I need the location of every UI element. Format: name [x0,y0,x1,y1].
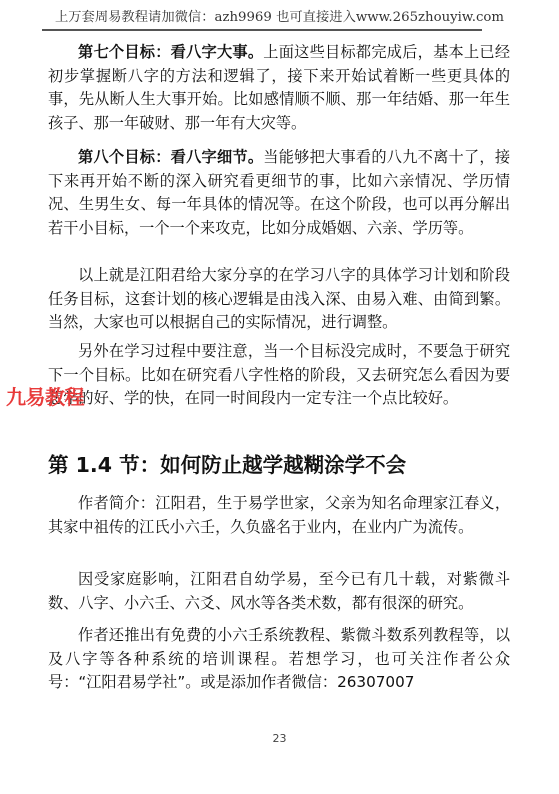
goal-8-title: 第八个目标：看八字细节。 [78,148,263,166]
paragraph-author-courses: 作者还推出有免费的小六壬系统教程、紫微斗数系列教程等，以及八字等各种系统的培训课… [48,624,510,695]
paragraph-author-intro: 作者简介：江阳君，生于易学世家，父亲为知名命理家江春义，其家中祖传的江氏小六壬，… [48,492,510,539]
paragraph-goal-8: 第八个目标：看八字细节。当能够把大事看的八九不离十了，接下来再开始不断的深入研究… [48,146,510,240]
author-background-body: 因受家庭影响，江阳君自幼学易，至今已有几十载，对紫微斗数、八字、小六壬、六爻、风… [48,570,510,612]
paragraph-author-background: 因受家庭影响，江阳君自幼学易，至今已有几十载，对紫微斗数、八字、小六壬、六爻、风… [48,568,510,615]
paragraph-summary: 以上就是江阳君给大家分享的在学习八字的具体学习计划和阶段任务目标，这套计划的核心… [48,264,510,335]
author-courses-body: 作者还推出有免费的小六壬系统教程、紫微斗数系列教程等，以及八字等各种系统的培训课… [48,626,510,691]
section-heading: 第 1.4 节：如何防止越学越糊涂学不会 [48,448,406,478]
goal-7-title: 第七个目标：看八字大事。 [78,43,263,61]
page-header: 上万套周易教程请加微信：azh9969 也可直接进入www.265zhouyiw… [0,6,559,25]
page-number: 23 [0,732,559,745]
paragraph-note: 另外在学习过程中要注意，当一个目标没完成时，不要急于研究下一个目标。比如在研究看… [48,340,510,411]
header-divider [42,29,482,31]
paragraph-goal-7: 第七个目标：看八字大事。上面这些目标都完成后，基本上已经初步掌握断八字的方法和逻… [48,41,510,135]
note-body: 另外在学习过程中要注意，当一个目标没完成时，不要急于研究下一个目标。比如在研究看… [48,342,510,407]
watermark-logo: 九易教程 [6,381,84,410]
summary-body: 以上就是江阳君给大家分享的在学习八字的具体学习计划和阶段任务目标，这套计划的核心… [48,266,510,331]
author-intro-body: 作者简介：江阳君，生于易学世家，父亲为知名命理家江春义，其家中祖传的江氏小六壬，… [48,494,510,536]
